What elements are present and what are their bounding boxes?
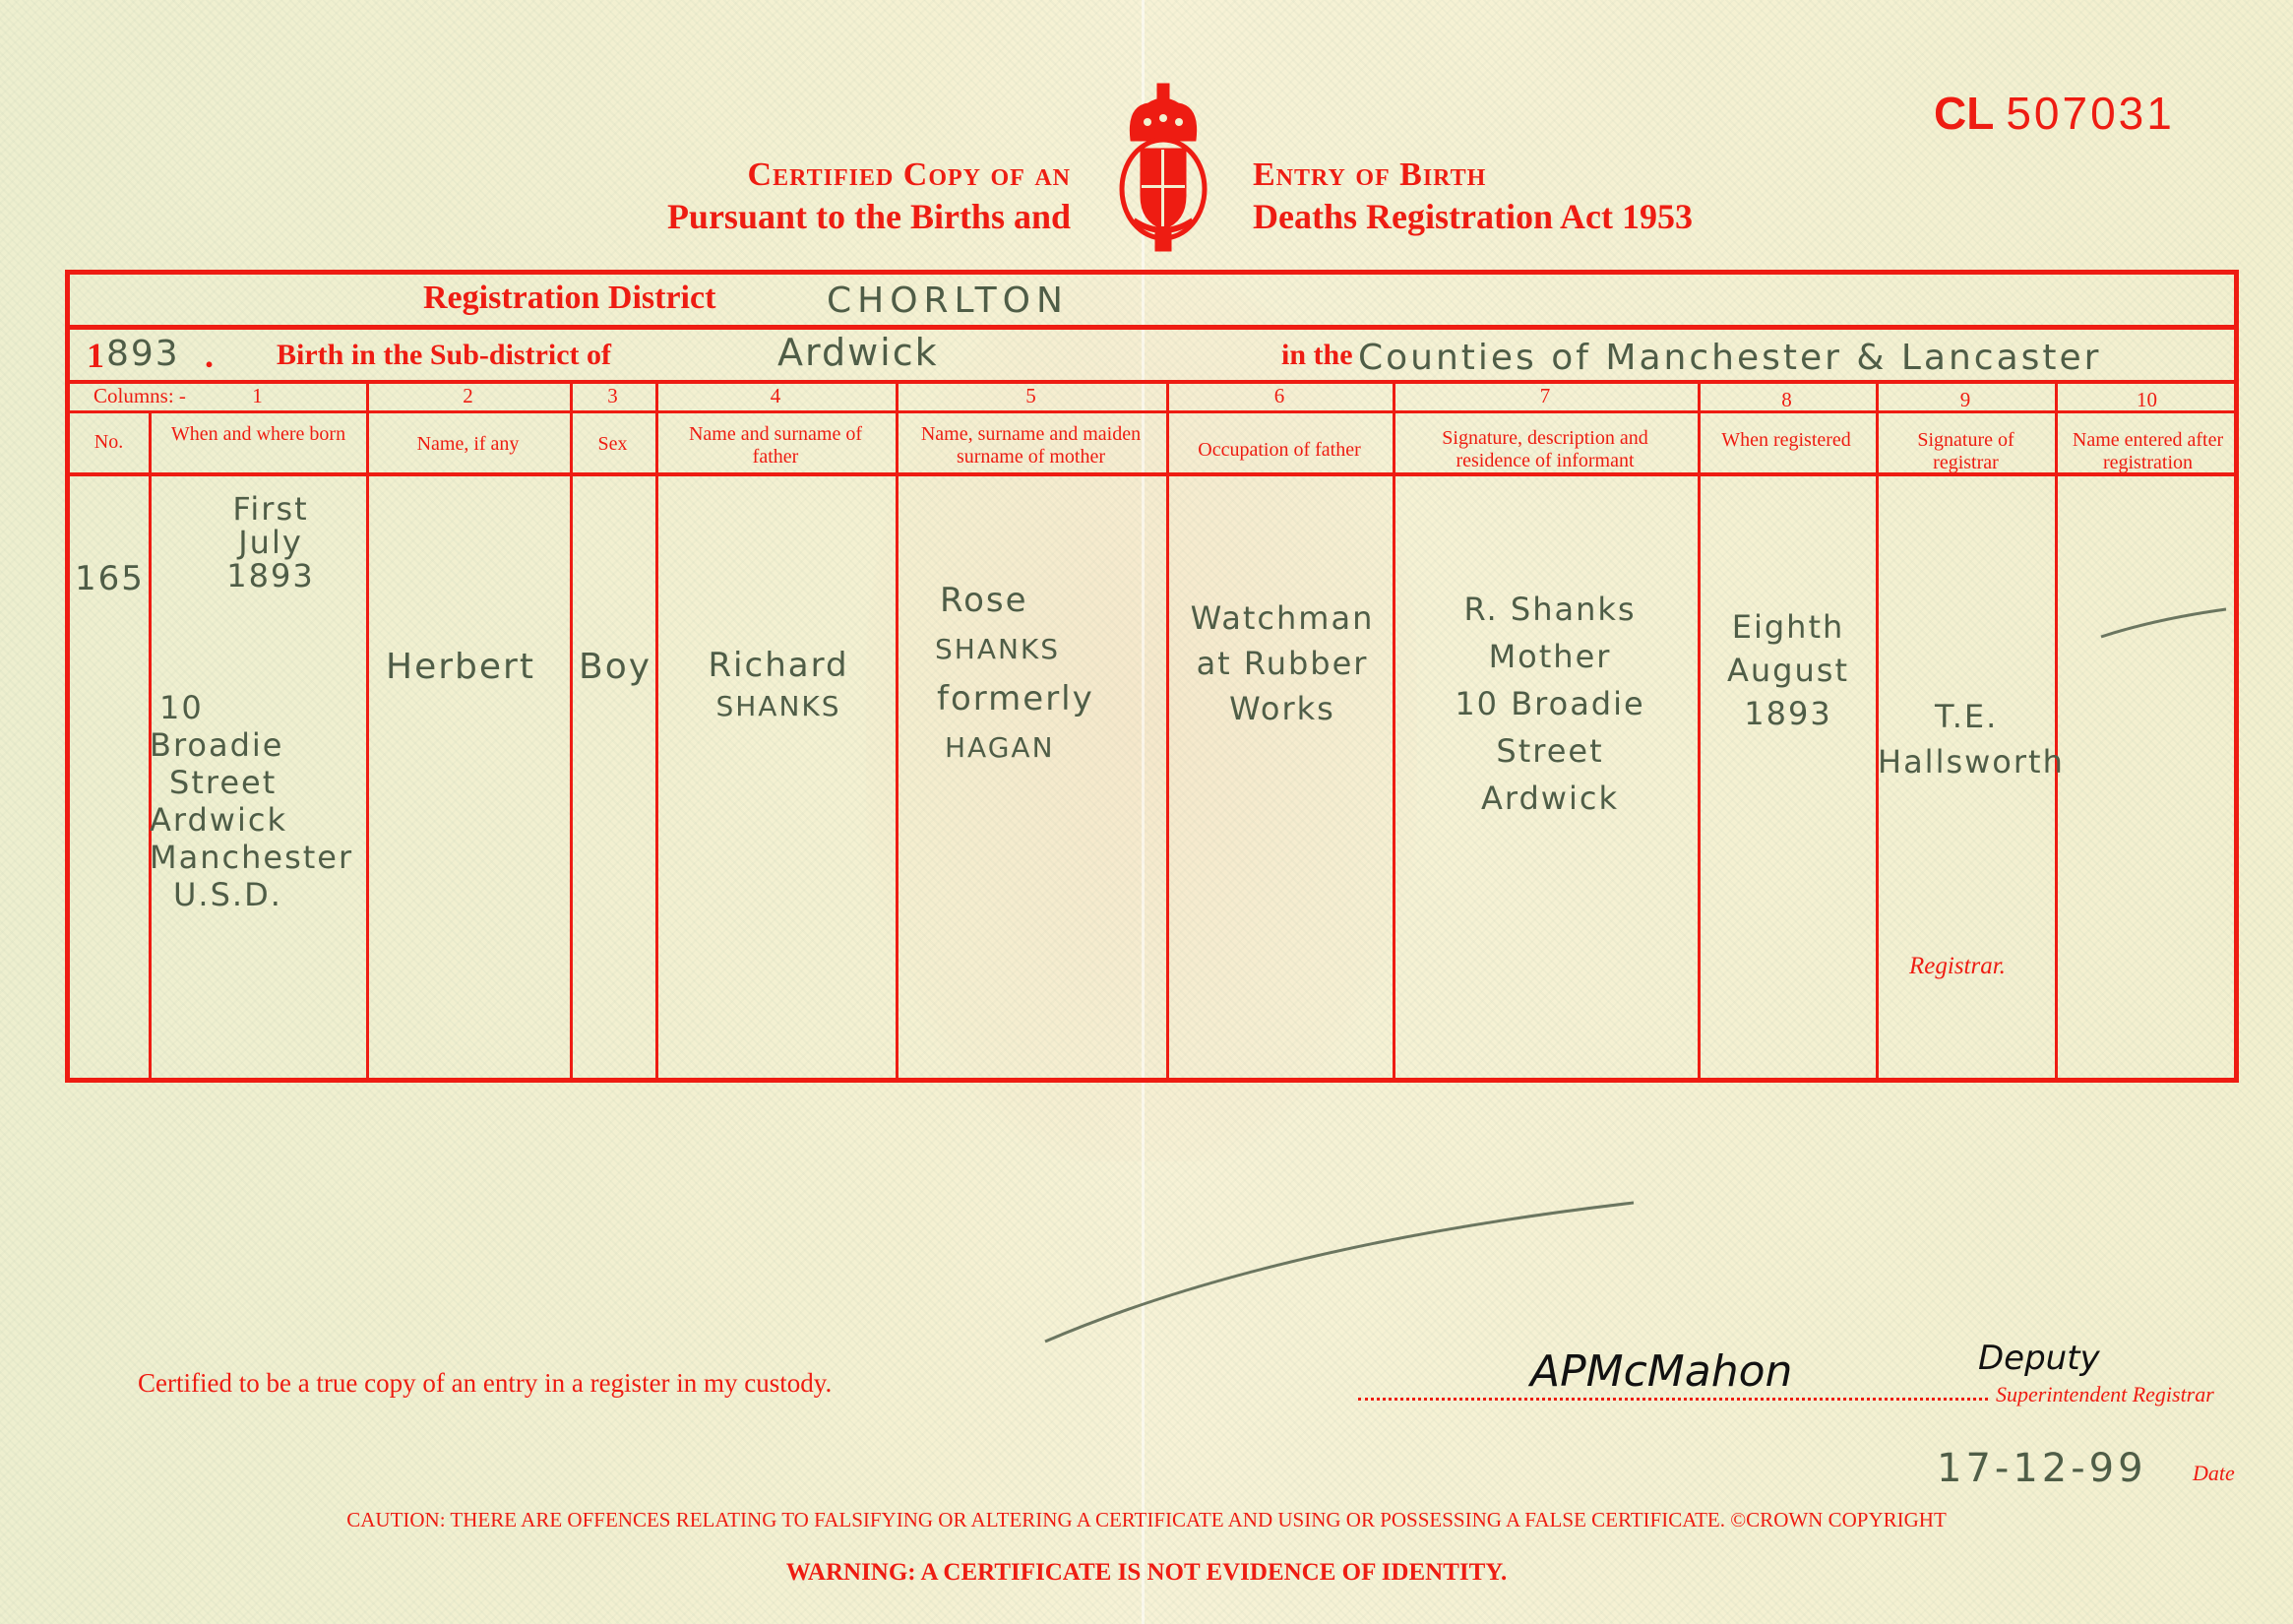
signature-prefix: Deputy (1978, 1339, 2100, 1378)
column-number-3: 3 (570, 384, 655, 408)
superintendent-signature: APMcMahon (1530, 1346, 1792, 1397)
superintendent-registrar-label: Superintendent Registrar (1996, 1382, 2214, 1407)
informant-signature: R. Shanks (1402, 586, 1698, 633)
header-informant: Signature, description and residence of … (1417, 427, 1673, 472)
serial-number: 507031 (2006, 88, 2175, 139)
header-when-where-born: When and where born (157, 423, 359, 446)
birth-day: First (177, 492, 364, 526)
row-divider (65, 325, 2239, 330)
heading-left-line2: Pursuant to the Births and (667, 196, 1071, 238)
county-value: Counties of Manchester & Lancaster (1358, 339, 2101, 378)
header-sex: Sex (570, 433, 655, 456)
occupation-line-3: Works (1169, 686, 1395, 731)
column-number-5: 5 (896, 384, 1166, 408)
entry-when-registered: Eighth August 1893 (1701, 605, 1876, 735)
registered-day: Eighth (1701, 605, 1876, 649)
certificate-serial-number: CL507031 (1934, 87, 2175, 140)
year-suffix: . (205, 335, 214, 376)
header-mother: Name, surname and maiden surname of moth… (900, 423, 1161, 468)
column-number-6: 6 (1166, 384, 1393, 408)
warning-notice: WARNING: A CERTIFICATE IS NOT EVIDENCE O… (0, 1559, 2293, 1587)
heading-left: Certified Copy of an Pursuant to the Bir… (667, 156, 1071, 238)
informant-address-line-3: Ardwick (1402, 775, 1698, 822)
year-printed: 1 (87, 335, 104, 376)
signature-line (1358, 1398, 1988, 1401)
entry-number: 165 (75, 561, 145, 597)
registrar-surname: Hallsworth (1878, 739, 2134, 784)
birth-street-name: Broadie (150, 726, 376, 764)
birth-house-number: 10 (150, 689, 376, 726)
birth-year: 1893 (177, 559, 364, 593)
column-number-1: 1 (149, 384, 366, 408)
informant-description: Mother (1402, 633, 1698, 680)
column-divider (1393, 380, 1395, 1083)
column-number-9: 9 (1876, 388, 2055, 412)
mother-surname: SHANKS (915, 625, 1151, 674)
birth-street-suffix: Street (150, 764, 376, 801)
certification-statement: Certified to be a true copy of an entry … (138, 1368, 832, 1399)
birth-district-abbrev: U.S.D. (150, 876, 376, 913)
heading-right-line1: Entry of Birth (1253, 156, 1693, 196)
certificate-date: 17-12-99 (1937, 1447, 2147, 1490)
registered-year: 1893 (1701, 692, 1876, 735)
column-divider (655, 380, 658, 1083)
header-name: Name, if any (366, 433, 570, 456)
heading-right-line2: Deaths Registration Act 1953 (1253, 196, 1693, 238)
birth-month: July (177, 526, 364, 559)
serial-prefix: CL (1934, 88, 1994, 139)
date-label: Date (2193, 1461, 2235, 1486)
heading-left-line1: Certified Copy of an (667, 156, 1071, 196)
entry-sex: Boy (579, 648, 651, 687)
entry-mother: Rose SHANKS formerly HAGAN (915, 576, 1151, 773)
column-number-7: 7 (1393, 384, 1698, 408)
registration-district-label: Registration District (423, 280, 715, 317)
registration-district-value: CHORLTON (827, 281, 1069, 321)
header-occupation: Occupation of father (1166, 439, 1393, 462)
column-divider (1166, 380, 1169, 1083)
entry-father: Richard SHANKS (665, 645, 892, 727)
entry-name: Herbert (386, 648, 535, 687)
mother-formerly: formerly (915, 674, 1151, 723)
royal-coat-of-arms-icon (1114, 83, 1212, 255)
column-divider (570, 380, 573, 1083)
header-registrar-signature: Signature of registrar (1899, 429, 2032, 474)
column-number-10: 10 (2055, 388, 2239, 412)
header-no: No. (69, 431, 149, 454)
header-father: Name and surname of father (665, 423, 886, 468)
column-number-4: 4 (655, 384, 896, 408)
subdistrict-value: Ardwick (777, 333, 939, 374)
subdistrict-label: Birth in the Sub-district of (277, 339, 611, 372)
birth-city: Manchester (150, 839, 376, 876)
mother-maiden-surname: HAGAN (915, 723, 1151, 773)
header-name-after-registration: Name entered after registration (2062, 429, 2234, 474)
column-divider (896, 380, 899, 1083)
registrar-initials: T.E. (1878, 694, 2134, 739)
entry-informant: R. Shanks Mother 10 Broadie Street Ardwi… (1402, 586, 1698, 822)
occupation-line-1: Watchman (1169, 595, 1395, 641)
cancellation-line (1033, 1191, 1653, 1358)
caution-notice: CAUTION: THERE ARE OFFENCES RELATING TO … (0, 1508, 2293, 1532)
blank-dash-mark (2096, 605, 2234, 645)
father-surname: SHANKS (665, 686, 892, 727)
informant-address-line-2: Street (1402, 727, 1698, 775)
entry-registrar-signature: T.E. Hallsworth (1878, 694, 2134, 784)
mother-forename: Rose (915, 576, 1151, 625)
entry-occupation: Watchman at Rubber Works (1169, 595, 1395, 731)
year-handwritten: 893 (106, 335, 180, 374)
registrar-label: Registrar. (1909, 953, 2006, 980)
birth-area: Ardwick (150, 801, 376, 839)
father-forename: Richard (665, 645, 892, 686)
header-when-registered: When registered (1717, 429, 1855, 452)
entry-birth-date-place: First July 1893 (177, 492, 364, 593)
entry-birth-address: 10 Broadie Street Ardwick Manchester U.S… (150, 689, 376, 913)
registered-month: August (1701, 649, 1876, 692)
informant-address-line-1: 10 Broadie (1402, 680, 1698, 727)
column-number-8: 8 (1698, 388, 1876, 412)
occupation-line-2: at Rubber (1169, 641, 1395, 686)
heading-right: Entry of Birth Deaths Registration Act 1… (1253, 156, 1693, 238)
column-number-2: 2 (366, 384, 570, 408)
county-label: in the (1281, 339, 1353, 372)
